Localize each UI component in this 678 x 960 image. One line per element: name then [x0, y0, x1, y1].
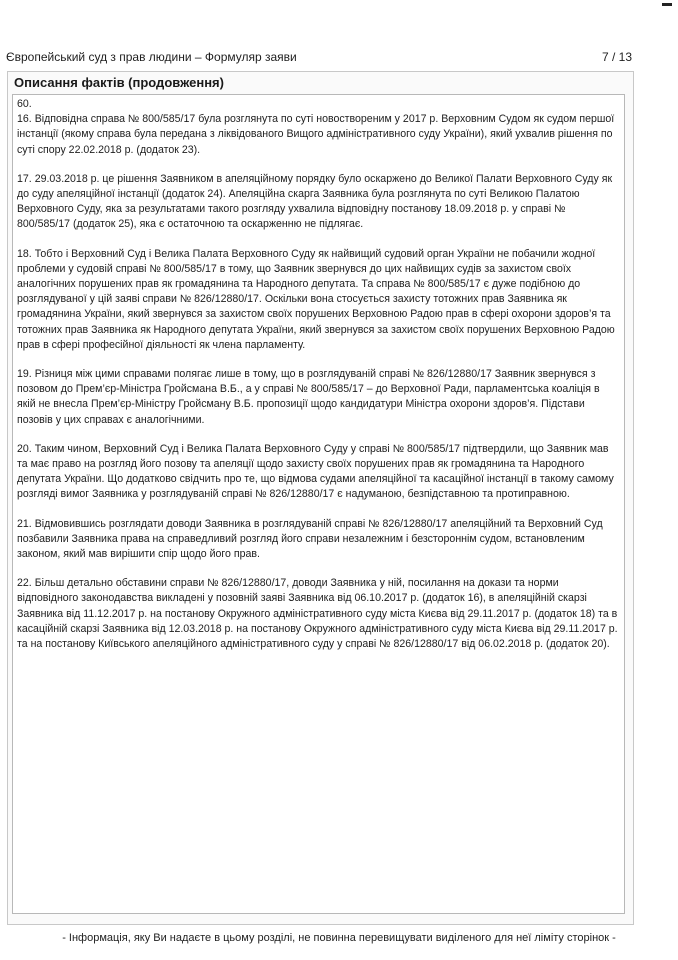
- paragraph-text: Різниця між цими справами полягає лише в…: [17, 368, 600, 426]
- paragraph-16: 16. Відповідна справа № 800/585/17 була …: [17, 112, 618, 158]
- paragraph-text: 29.03.2018 р. це рішення Заявником в апе…: [17, 173, 612, 231]
- paragraph-number: 17.: [17, 173, 32, 185]
- paragraph-18: 18. Тобто і Верховний Суд і Велика Палат…: [17, 247, 618, 353]
- facts-text-box: 60. 16. Відповідна справа № 800/585/17 б…: [12, 94, 625, 914]
- paragraph-number: 19.: [17, 368, 32, 380]
- paragraph-number: 18.: [17, 248, 32, 260]
- paragraph-text: Більш детально обставини справи № 826/12…: [17, 577, 618, 650]
- paragraph-20: 20. Таким чином, Верховний Суд і Велика …: [17, 442, 618, 503]
- scan-artifact: [662, 3, 672, 6]
- page-limit-note: - Інформація, яку Ви надаєте в цьому роз…: [0, 932, 678, 944]
- box-number: 60.: [17, 97, 618, 112]
- paragraph-number: 16.: [17, 113, 32, 125]
- paragraph-number: 20.: [17, 443, 32, 455]
- paragraph-19: 19. Різниця між цими справами полягає ли…: [17, 367, 618, 428]
- facts-section: Описання фактів (продовження) 60. 16. Ві…: [7, 71, 634, 925]
- paragraph-text: Відповідна справа № 800/585/17 була розг…: [17, 113, 614, 155]
- document-title: Європейський суд з прав людини – Формуля…: [6, 50, 297, 64]
- paragraph-21: 21. Відмовившись розглядати доводи Заявн…: [17, 517, 618, 563]
- section-title: Описання фактів (продовження): [14, 75, 224, 90]
- page-indicator: 7 / 13: [602, 50, 632, 64]
- facts-content: 60. 16. Відповідна справа № 800/585/17 б…: [17, 97, 618, 666]
- paragraph-22: 22. Більш детально обставини справи № 82…: [17, 576, 618, 652]
- paragraph-text: Тобто і Верховний Суд і Велика Палата Ве…: [17, 248, 615, 351]
- paragraph-number: 22.: [17, 577, 32, 589]
- paragraph-17: 17. 29.03.2018 р. це рішення Заявником в…: [17, 172, 618, 233]
- paragraph-text: Відмовившись розглядати доводи Заявника …: [17, 518, 603, 560]
- paragraph-text: Таким чином, Верховний Суд і Велика Пала…: [17, 443, 614, 501]
- page-header: Європейський суд з прав людини – Формуля…: [6, 50, 632, 68]
- paragraph-number: 21.: [17, 518, 32, 530]
